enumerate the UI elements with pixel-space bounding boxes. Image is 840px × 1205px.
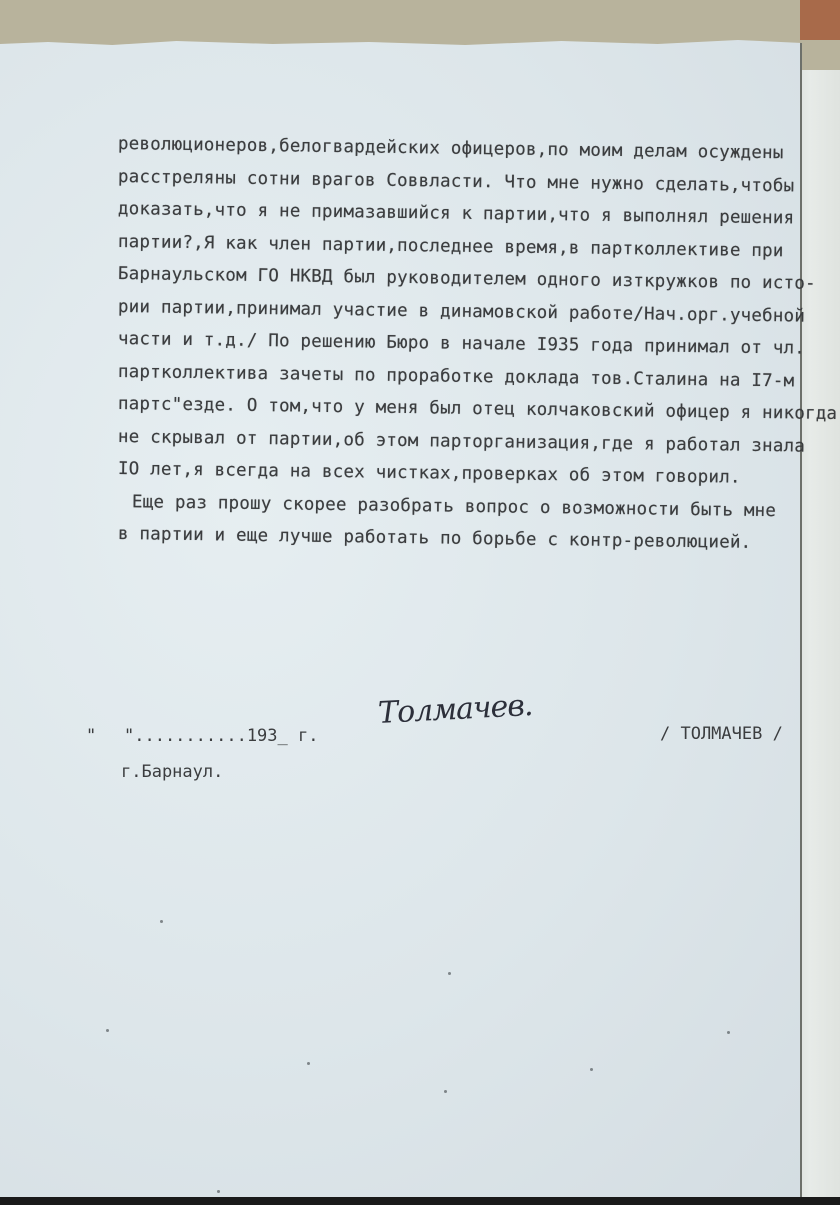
paper-speck (448, 972, 451, 975)
document-body: революционеров,белогвардейских офицеров,… (118, 128, 838, 551)
screen-bottom-edge (0, 1197, 840, 1205)
paper-speck (307, 1062, 310, 1065)
paper-speck (217, 1190, 220, 1193)
paper-speck (160, 920, 163, 923)
paper-speck (590, 1068, 593, 1071)
wood-surface (800, 0, 840, 40)
date-text: "...........193_ г. (124, 726, 318, 746)
typed-signatory-name: / ТОЛМАЧЕВ / (660, 724, 783, 744)
date-open-quote: " (86, 726, 124, 746)
paper-speck (444, 1090, 447, 1093)
paper-speck (106, 1029, 109, 1032)
city-line: г.Барнаул. (121, 762, 223, 782)
paper-speck (727, 1031, 730, 1034)
date-line: ""...........193_ г. (86, 726, 318, 746)
